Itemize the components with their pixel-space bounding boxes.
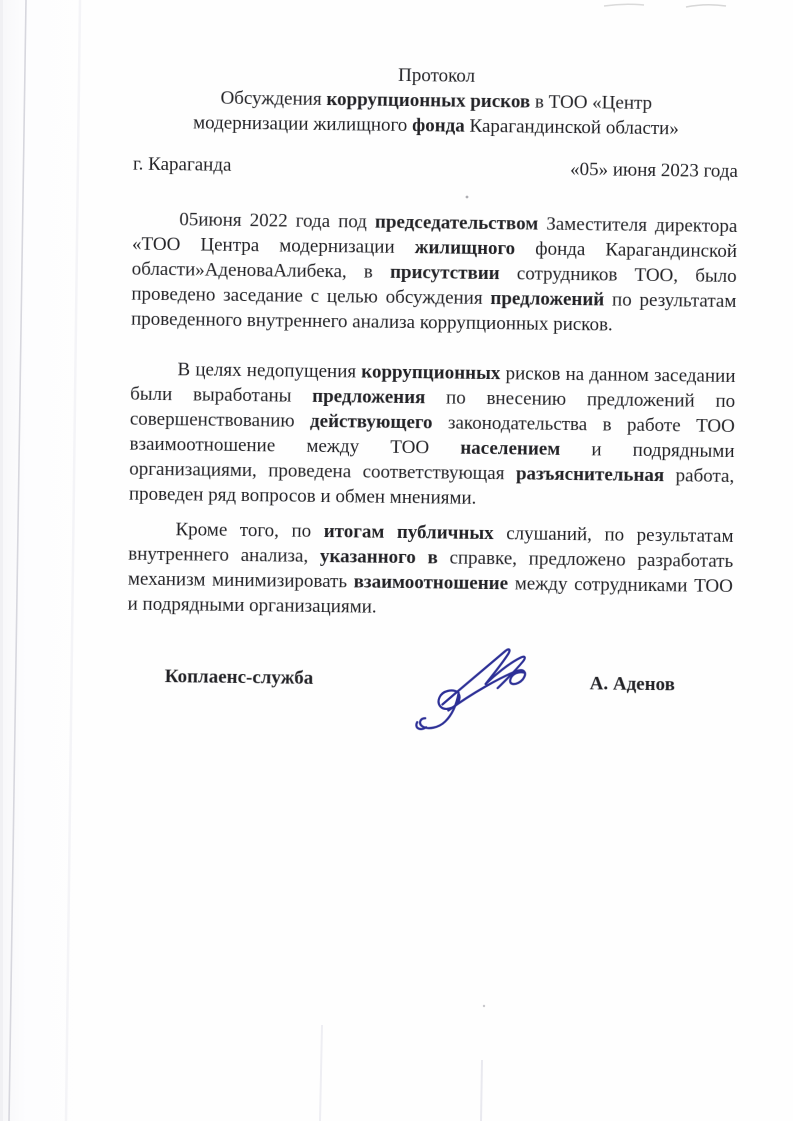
document-subtitle: Обсуждения коррупционных рисков в ТОО «Ц… [166, 85, 707, 142]
paragraph-2: В целях недопущения коррупционных рисков… [129, 357, 736, 514]
scanned-document-page: Протокол Обсуждения коррупционных рисков… [0, 0, 793, 1121]
document-heading: Протокол Обсуждения коррупционных рисков… [133, 60, 739, 142]
signatory-name: А. Аденов [590, 671, 676, 697]
paragraph-1: 05июня 2022 года под председательством З… [131, 207, 737, 339]
document-content: Протокол Обсуждения коррупционных рисков… [0, 0, 793, 745]
city-label: г. Караганда [133, 152, 232, 178]
paragraph-3: Кроме того, по итогам публичных слушаний… [127, 517, 733, 624]
signature-role-label: Коплаенс-служба [165, 664, 314, 691]
signature-block: Коплаенс-служба А. Аденов [126, 625, 732, 744]
place-date-row: г. Караганда «05» июня 2023 года [133, 152, 738, 184]
date-label: «05» июня 2023 года [570, 157, 738, 184]
signature-ink [408, 630, 549, 732]
